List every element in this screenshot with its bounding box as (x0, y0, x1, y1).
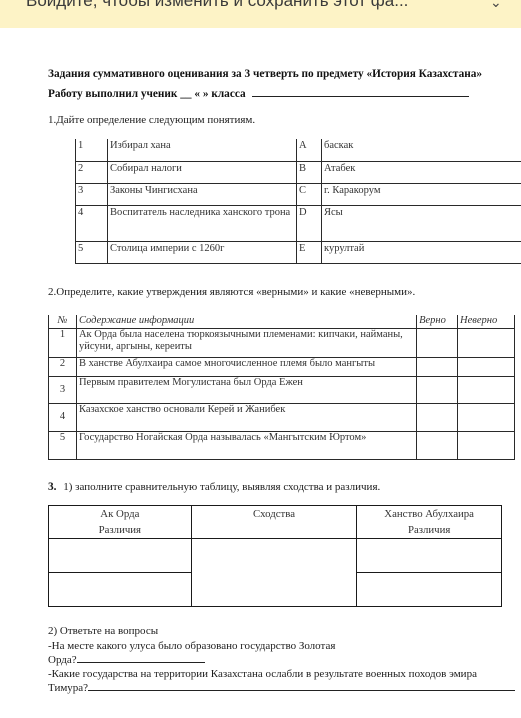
true-cell[interactable] (417, 403, 458, 431)
statement-cell: В ханстве Абулхаира самое многочисленное… (76, 357, 416, 376)
letter-cell: E (297, 241, 322, 263)
header-false: Неверно (458, 315, 515, 328)
false-cell[interactable] (458, 403, 515, 431)
statement-cell: Первым правителем Могулистана был Орда Е… (76, 376, 416, 403)
name-blank-line (252, 87, 469, 97)
statement-cell: Казахское ханство основали Керей и Жаниб… (76, 403, 416, 431)
definition-cell: баскак (322, 139, 521, 161)
true-cell[interactable] (417, 328, 458, 357)
question-1-line2: Орда? (48, 653, 205, 666)
ak-orda-cell[interactable] (49, 573, 192, 607)
false-cell[interactable] (458, 431, 515, 459)
row-number: 1 (76, 139, 108, 161)
header-number: № (49, 315, 77, 328)
table-row: 1 Ак Орда была населена тюркоязычными пл… (49, 328, 515, 357)
comparison-table: Ак Орда Различия Сходства Ханство Абулха… (48, 505, 502, 607)
header-true: Верно (417, 315, 458, 328)
letter-cell: A (297, 139, 322, 161)
true-cell[interactable] (417, 431, 458, 459)
row-number: 2 (49, 357, 77, 376)
table-row: 4 Казахское ханство основали Керей и Жан… (49, 403, 515, 431)
header-line: Различия (49, 522, 191, 538)
table-row (49, 539, 502, 573)
abulkhair-cell[interactable] (357, 573, 502, 607)
ak-orda-cell[interactable] (49, 539, 192, 573)
table-header-row: Ак Орда Различия Сходства Ханство Абулха… (49, 506, 502, 539)
sign-in-banner[interactable]: Войдите, чтобы изменить и сохранить этот… (0, 0, 521, 28)
header-line: Различия (357, 522, 501, 538)
false-cell[interactable] (458, 357, 515, 376)
row-number: 4 (49, 403, 77, 431)
row-number: 1 (49, 328, 77, 357)
document-title: Задания суммативного оценивания за 3 чет… (48, 68, 482, 80)
letter-cell: D (297, 205, 322, 241)
true-cell[interactable] (417, 357, 458, 376)
true-false-table: № Содержание информации Верно Неверно 1 … (48, 315, 515, 460)
header-abulkhair-khanate: Ханство Абулхаира Различия (357, 506, 502, 539)
table-row: 3 Законы Чингисхана C г. Каракорум (76, 183, 521, 205)
term-cell: Законы Чингисхана (108, 183, 297, 205)
header-line: Ханство Абулхаира (357, 506, 501, 522)
letter-cell: B (297, 161, 322, 183)
task3-subheading: 2) Ответьте на вопросы (48, 625, 158, 637)
table-row: 2 В ханстве Абулхаира самое многочисленн… (49, 357, 515, 376)
task1-heading: 1.Дайте определение следующим понятиям. (48, 114, 255, 126)
term-cell: Собирал налоги (108, 161, 297, 183)
header-line: Сходства (192, 506, 357, 522)
letter-cell: C (297, 183, 322, 205)
table-row: 4 Воспитатель наследника ханского трона … (76, 205, 521, 241)
false-cell[interactable] (458, 328, 515, 357)
student-line-text: Работу выполнил ученик __ « » класса (48, 88, 246, 100)
row-number: 4 (76, 205, 108, 241)
definition-cell: Атабек (322, 161, 521, 183)
student-line: Работу выполнил ученик __ « » класса (48, 87, 469, 100)
table-row: 2 Собирал налоги B Атабек (76, 161, 521, 183)
question-2-line2: Тимура? (48, 681, 515, 694)
similarities-cell[interactable] (191, 539, 357, 607)
statement-cell: Государство Ногайская Орда называлась «М… (76, 431, 416, 459)
true-cell[interactable] (417, 376, 458, 403)
question-2-line1: -Какие государства на территории Казахст… (48, 668, 477, 680)
question-2-text: Тимура? (48, 682, 88, 694)
row-number: 2 (76, 161, 108, 183)
table-row: 1 Избирал хана A баскак (76, 139, 521, 161)
chevron-down-icon[interactable]: ⌄ (490, 0, 502, 11)
statement-cell: Ак Орда была населена тюркоязычными плем… (76, 328, 416, 357)
table-row: 5 Государство Ногайская Орда называлась … (49, 431, 515, 459)
question-1-line1: -На месте какого улуса было образовано г… (48, 640, 335, 652)
table-row: 3 Первым правителем Могулистана был Орда… (49, 376, 515, 403)
answer-blank-line[interactable] (77, 653, 205, 663)
term-cell: Столица империи с 1260г (108, 241, 297, 263)
table-row: 5 Столица империи с 1260г E курултай (76, 241, 521, 263)
task3-heading-text: 1) заполните сравнительную таблицу, выяв… (63, 481, 380, 493)
table-header-row: № Содержание информации Верно Неверно (49, 315, 515, 328)
answer-blank-line[interactable] (88, 681, 515, 691)
header-ak-orda: Ак Орда Различия (49, 506, 192, 539)
definition-cell: г. Каракорум (322, 183, 521, 205)
header-content: Содержание информации (76, 315, 416, 328)
header-line: Ак Орда (49, 506, 191, 522)
task3-heading: 3. 1) заполните сравнительную таблицу, в… (48, 481, 380, 493)
term-cell: Воспитатель наследника ханского трона (108, 205, 297, 241)
banner-text: Войдите, чтобы изменить и сохранить этот… (26, 0, 408, 11)
definition-cell: Ясы (322, 205, 521, 241)
abulkhair-cell[interactable] (357, 539, 502, 573)
term-cell: Избирал хана (108, 139, 297, 161)
false-cell[interactable] (458, 376, 515, 403)
definition-cell: курултай (322, 241, 521, 263)
row-number: 5 (49, 431, 77, 459)
document-page: Задания суммативного оценивания за 3 чет… (0, 28, 521, 718)
definitions-table: 1 Избирал хана A баскак 2 Собирал налоги… (75, 139, 521, 264)
row-number: 5 (76, 241, 108, 263)
row-number: 3 (49, 376, 77, 403)
question-1-text: Орда? (48, 654, 77, 666)
row-number: 3 (76, 183, 108, 205)
task2-heading: 2.Определите, какие утверждения являются… (48, 286, 415, 298)
task3-number: 3. (48, 481, 56, 493)
header-similarities: Сходства (191, 506, 357, 539)
